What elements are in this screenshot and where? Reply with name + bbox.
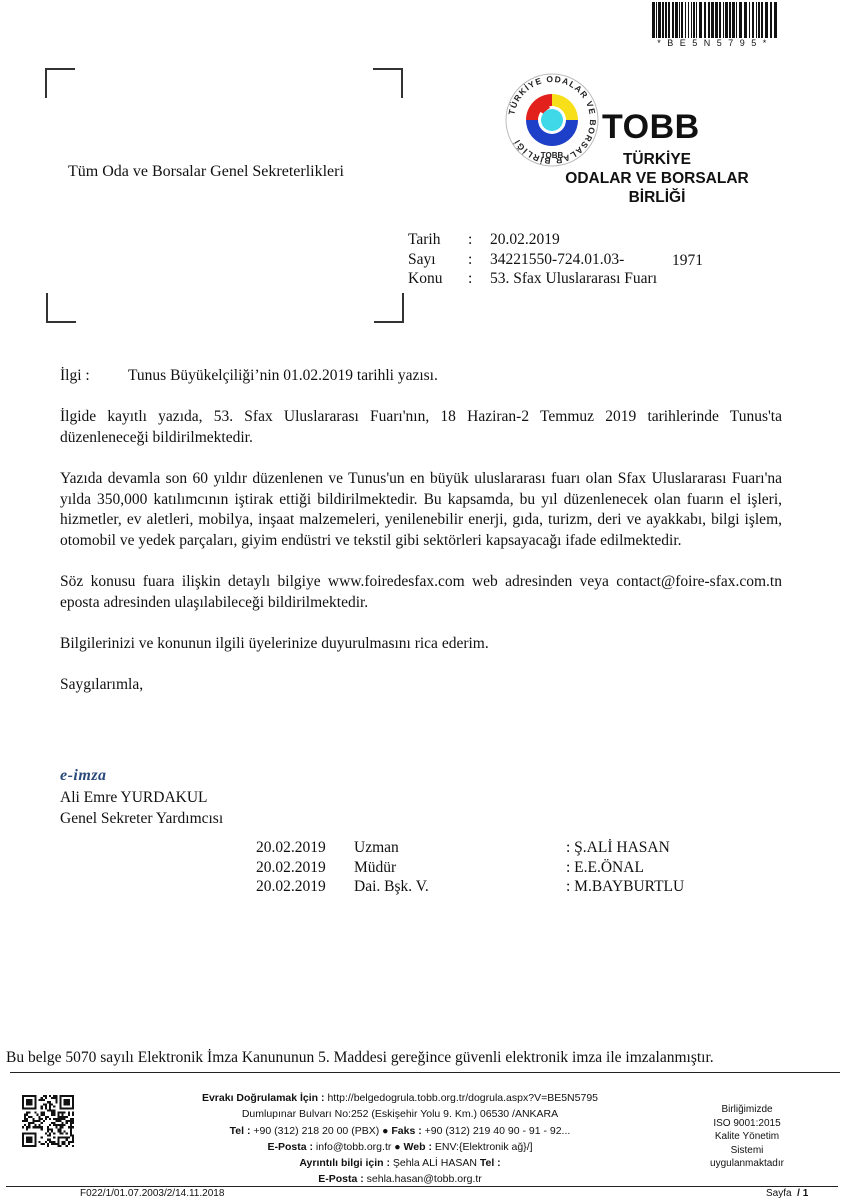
iso-line: Birliğimizde — [662, 1103, 832, 1117]
approval-row: 20.02.2019 Müdür : E.E.ÖNAL — [256, 858, 684, 878]
paragraph: Yazıda devamla son 60 yıldır düzenlenen … — [60, 469, 782, 551]
address-window-corner-bottom-right — [374, 293, 404, 323]
barcode-text: *BE5N5795* — [652, 38, 778, 48]
address-window-corner-top-right — [373, 68, 403, 98]
approval-role: Dai. Bşk. V. — [354, 877, 566, 897]
reference-line: İlgi : Tunus Büyükelçiliği’nin 01.02.201… — [60, 366, 782, 387]
logo-org-name: TÜRKİYE ODALAR VE BORSALAR BİRLİĞİ — [552, 150, 762, 207]
signer: Ali Emre YURDAKUL Genel Sekreter Yardımc… — [60, 788, 223, 829]
fax-value: +90 (312) 219 40 90 - 91 - 92... — [425, 1125, 571, 1137]
barcode-icon — [652, 2, 778, 38]
contact-email-value[interactable]: sehla.hasan@tobb.org.tr — [367, 1173, 482, 1185]
approval-role: Müdür — [354, 858, 566, 878]
approval-name: : Ş.ALİ HASAN — [566, 838, 670, 858]
phone-line: Tel : +90 (312) 218 20 00 (PBX) ● Faks :… — [160, 1123, 640, 1139]
meta-value: 53. Sfax Uluslararası Fuarı — [490, 269, 657, 289]
meta-colon: : — [468, 230, 490, 250]
page-label: Sayfa — [766, 1188, 792, 1199]
meta-value: 20.02.2019 — [490, 230, 560, 250]
logo-org-line2: ODALAR VE BORSALAR — [552, 169, 762, 188]
document-meta: Tarih : 20.02.2019 Sayı : 34221550-724.0… — [408, 230, 657, 289]
iso-line: Sistemi — [662, 1144, 832, 1158]
contact-email-label: E-Posta : — [318, 1173, 364, 1185]
approval-date: 20.02.2019 — [256, 877, 354, 897]
paragraph: Söz konusu fuara ilişkin detaylı bilgiye… — [60, 572, 782, 613]
bullet-icon: ● — [394, 1141, 400, 1153]
page-total: 1 — [803, 1188, 809, 1199]
qr-code-icon — [22, 1095, 74, 1147]
page-separator: / — [797, 1188, 800, 1199]
fax-label: Faks : — [391, 1125, 421, 1137]
address-window-corner-top-left — [45, 68, 75, 98]
logo-abbreviation: TOBB — [602, 108, 700, 147]
recipient: Tüm Oda ve Borsalar Genel Sekreterlikler… — [68, 162, 344, 182]
meta-label: Konu — [408, 269, 468, 289]
signer-name: Ali Emre YURDAKUL — [60, 788, 223, 809]
contact-name: Şehla ALİ HASAN — [393, 1157, 477, 1169]
reference-label: İlgi : — [60, 366, 128, 387]
form-code: F022/1/01.07.2003/2/14.11.2018 — [80, 1188, 224, 1199]
logo-org-line1: TÜRKİYE — [552, 150, 762, 169]
contact-label: Ayrıntılı bilgi için : — [299, 1157, 390, 1169]
footer-contact: Evrakı Doğrulamak İçin : http://belgedog… — [160, 1090, 640, 1188]
signer-title: Genel Sekreter Yardımcısı — [60, 809, 223, 830]
approval-name: : M.BAYBURTLU — [566, 877, 684, 897]
web-value: ENV:{Elektronik ağ}/] — [435, 1141, 533, 1153]
verify-label: Evrakı Doğrulamak İçin : — [202, 1092, 325, 1104]
email-value[interactable]: info@tobb.org.tr — [316, 1141, 391, 1153]
closing: Saygılarımla, — [60, 675, 782, 696]
approval-list: 20.02.2019 Uzman : Ş.ALİ HASAN 20.02.201… — [256, 838, 684, 897]
meta-colon: : — [468, 269, 490, 289]
contact-line: Ayrıntılı bilgi için : Şehla ALİ HASAN T… — [160, 1155, 640, 1171]
bullet-icon: ● — [382, 1125, 388, 1137]
tel-label: Tel : — [230, 1125, 251, 1137]
approval-name: : E.E.ÖNAL — [566, 858, 644, 878]
approval-role: Uzman — [354, 838, 566, 858]
footer-divider — [6, 1186, 838, 1187]
verify-line: Evrakı Doğrulamak İçin : http://belgedog… — [160, 1090, 640, 1106]
reference-text: Tunus Büyükelçiliği’nin 01.02.2019 tarih… — [128, 366, 438, 387]
verify-url[interactable]: http://belgedogrula.tobb.org.tr/dogrula.… — [327, 1092, 598, 1104]
tel-value: +90 (312) 218 20 00 (PBX) — [253, 1125, 379, 1137]
letter-body: İlgi : Tunus Büyükelçiliği’nin 01.02.201… — [60, 366, 782, 716]
meta-row-date: Tarih : 20.02.2019 — [408, 230, 657, 250]
email-label: E-Posta : — [267, 1141, 313, 1153]
contact-tel-label: Tel : — [480, 1157, 501, 1169]
web-label: Web : — [404, 1141, 432, 1153]
email-web-line: E-Posta : info@tobb.org.tr ● Web : ENV:{… — [160, 1139, 640, 1155]
divider — [10, 1072, 840, 1073]
meta-row-subject: Konu : 53. Sfax Uluslararası Fuarı — [408, 269, 657, 289]
iso-line: uygulanmaktadır — [662, 1157, 832, 1171]
address: Dumlupınar Bulvarı No:252 (Eskişehir Yol… — [160, 1106, 640, 1122]
iso-notice: Birliğimizde ISO 9001:2015 Kalite Yöneti… — [662, 1103, 832, 1171]
logo-org-line3: BİRLİĞİ — [552, 188, 762, 207]
paragraph: Bilgilerinizi ve konunun ilgili üyelerin… — [60, 634, 782, 655]
page-number: Sayfa / 1 — [766, 1188, 808, 1199]
iso-line: Kalite Yönetim — [662, 1130, 832, 1144]
approval-row: 20.02.2019 Dai. Bşk. V. : M.BAYBURTLU — [256, 877, 684, 897]
approval-date: 20.02.2019 — [256, 838, 354, 858]
legal-notice: Bu belge 5070 sayılı Elektronik İmza Kan… — [6, 1048, 714, 1068]
document-number: 1971 — [672, 251, 703, 271]
e-signature-mark: e-imza — [60, 767, 107, 785]
approval-row: 20.02.2019 Uzman : Ş.ALİ HASAN — [256, 838, 684, 858]
paragraph: İlgide kayıtlı yazıda, 53. Sfax Uluslara… — [60, 407, 782, 448]
meta-label: Tarih — [408, 230, 468, 250]
barcode: *BE5N5795* — [652, 2, 778, 42]
address-window-corner-bottom-left — [46, 293, 76, 323]
meta-label: Sayı — [408, 250, 468, 270]
approval-date: 20.02.2019 — [256, 858, 354, 878]
iso-line: ISO 9001:2015 — [662, 1117, 832, 1131]
meta-value: 34221550-724.01.03- — [490, 250, 624, 270]
meta-row-number: Sayı : 34221550-724.01.03- — [408, 250, 657, 270]
meta-colon: : — [468, 250, 490, 270]
